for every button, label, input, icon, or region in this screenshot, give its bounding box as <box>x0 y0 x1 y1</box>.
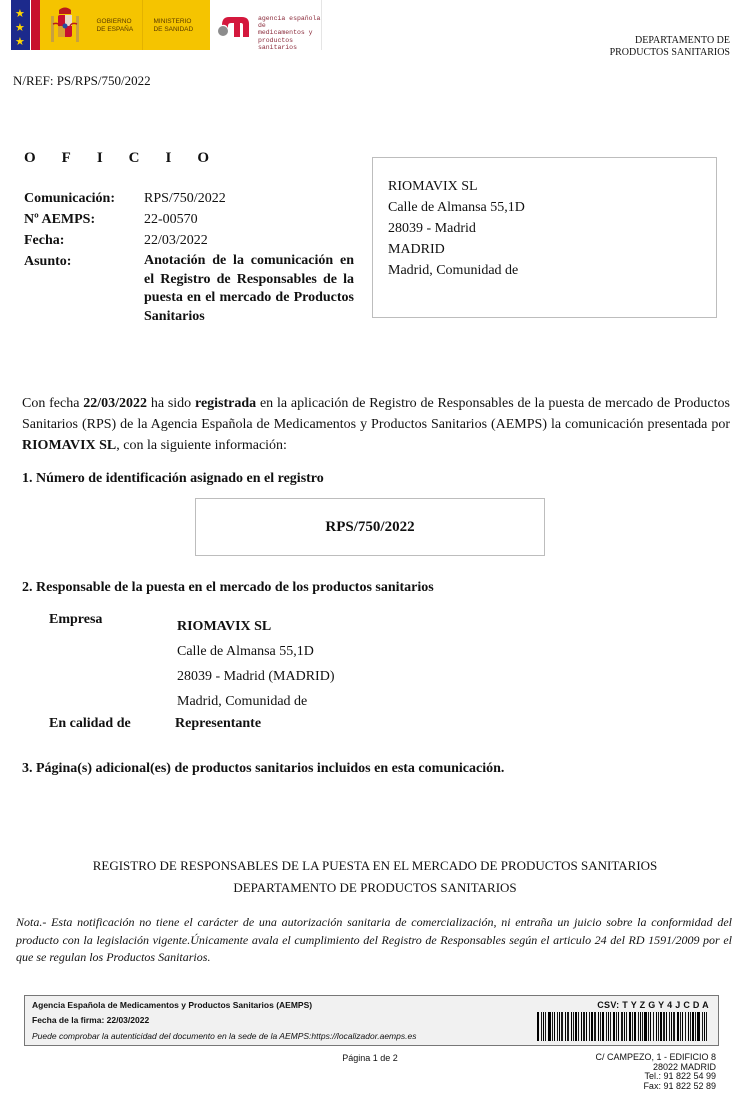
meta-row-communication: Comunicación: RPS/750/2022 <box>24 188 354 209</box>
legal-note: Nota.- Esta notificación no tiene el car… <box>16 914 732 967</box>
signature-box: Agencia Española de Medicamentos y Produ… <box>24 995 719 1046</box>
star-icon: ★ <box>15 36 25 47</box>
coat-of-arms-icon <box>50 6 80 46</box>
gov-label: GOBIERNO DE ESPAÑA <box>96 18 133 33</box>
barcode-icon <box>537 1012 709 1041</box>
section-3-heading: 3. Página(s) adicional(es) de productos … <box>22 761 504 777</box>
logo-divider <box>142 0 143 50</box>
reference-number: N/REF: PS/RPS/750/2022 <box>13 73 151 89</box>
aemps-label: agencia española de medicamentos y produ… <box>258 15 321 51</box>
recipient-address-box: RIOMAVIX SL Calle de Almansa 55,1D 28039… <box>372 157 717 318</box>
department-header: DEPARTAMENTO DE PRODUCTOS SANITARIOS <box>610 35 730 59</box>
meta-row-subject: Asunto: Anotación de la comunicación en … <box>24 251 354 326</box>
company-details: RIOMAVIX SL Calle de Almansa 55,1D 28039… <box>177 614 334 714</box>
section-1-heading: 1. Número de identificación asignado en … <box>22 471 324 487</box>
ministry-label: MINISTERIO DE SANIDAD <box>153 18 193 33</box>
metadata-table: Comunicación: RPS/750/2022 Nº AEMPS: 22-… <box>24 188 354 326</box>
meta-row-aemps-number: Nº AEMPS: 22-00570 <box>24 209 354 230</box>
aemps-logo: agencia española de medicamentos y produ… <box>210 0 322 50</box>
registry-number-box: RPS/750/2022 <box>195 498 545 556</box>
department-footer-title: DEPARTAMENTO DE PRODUCTOS SANITARIOS <box>0 880 750 896</box>
document-title: OFICIO <box>24 150 235 167</box>
star-icon: ★ <box>15 22 25 33</box>
intro-paragraph: Con fecha 22/03/2022 ha sido registrada … <box>22 393 730 456</box>
government-logo: GOBIERNO DE ESPAÑA MINISTERIO DE SANIDAD <box>40 0 209 50</box>
verification-link[interactable]: Puede comprobar la autenticidad del docu… <box>32 1031 416 1041</box>
aemps-mark-icon <box>218 15 250 37</box>
signature-date: Fecha de la firma: 22/03/2022 <box>32 1015 149 1025</box>
meta-row-date: Fecha: 22/03/2022 <box>24 230 354 251</box>
contact-info: C/ CAMPEZO, 1 - EDIFICIO 8 28022 MADRID … <box>595 1053 716 1091</box>
header-logos: ★ ★ ★ GOBIERNO DE ESPAÑA MINISTERIO DE S… <box>11 0 322 50</box>
eu-flag-logo: ★ ★ ★ <box>11 0 30 50</box>
star-icon: ★ <box>15 8 25 19</box>
capacity-label: En calidad de <box>49 716 131 732</box>
registry-footer-title: REGISTRO DE RESPONSABLES DE LA PUESTA EN… <box>0 858 750 874</box>
capacity-value: Representante <box>175 716 261 732</box>
company-label: Empresa <box>49 612 102 628</box>
csv-code: CSV: T Y Z G Y 4 J C D A <box>597 1000 709 1010</box>
section-2-heading: 2. Responsable de la puesta en el mercad… <box>22 580 434 596</box>
signing-agency: Agencia Española de Medicamentos y Produ… <box>32 1000 312 1010</box>
